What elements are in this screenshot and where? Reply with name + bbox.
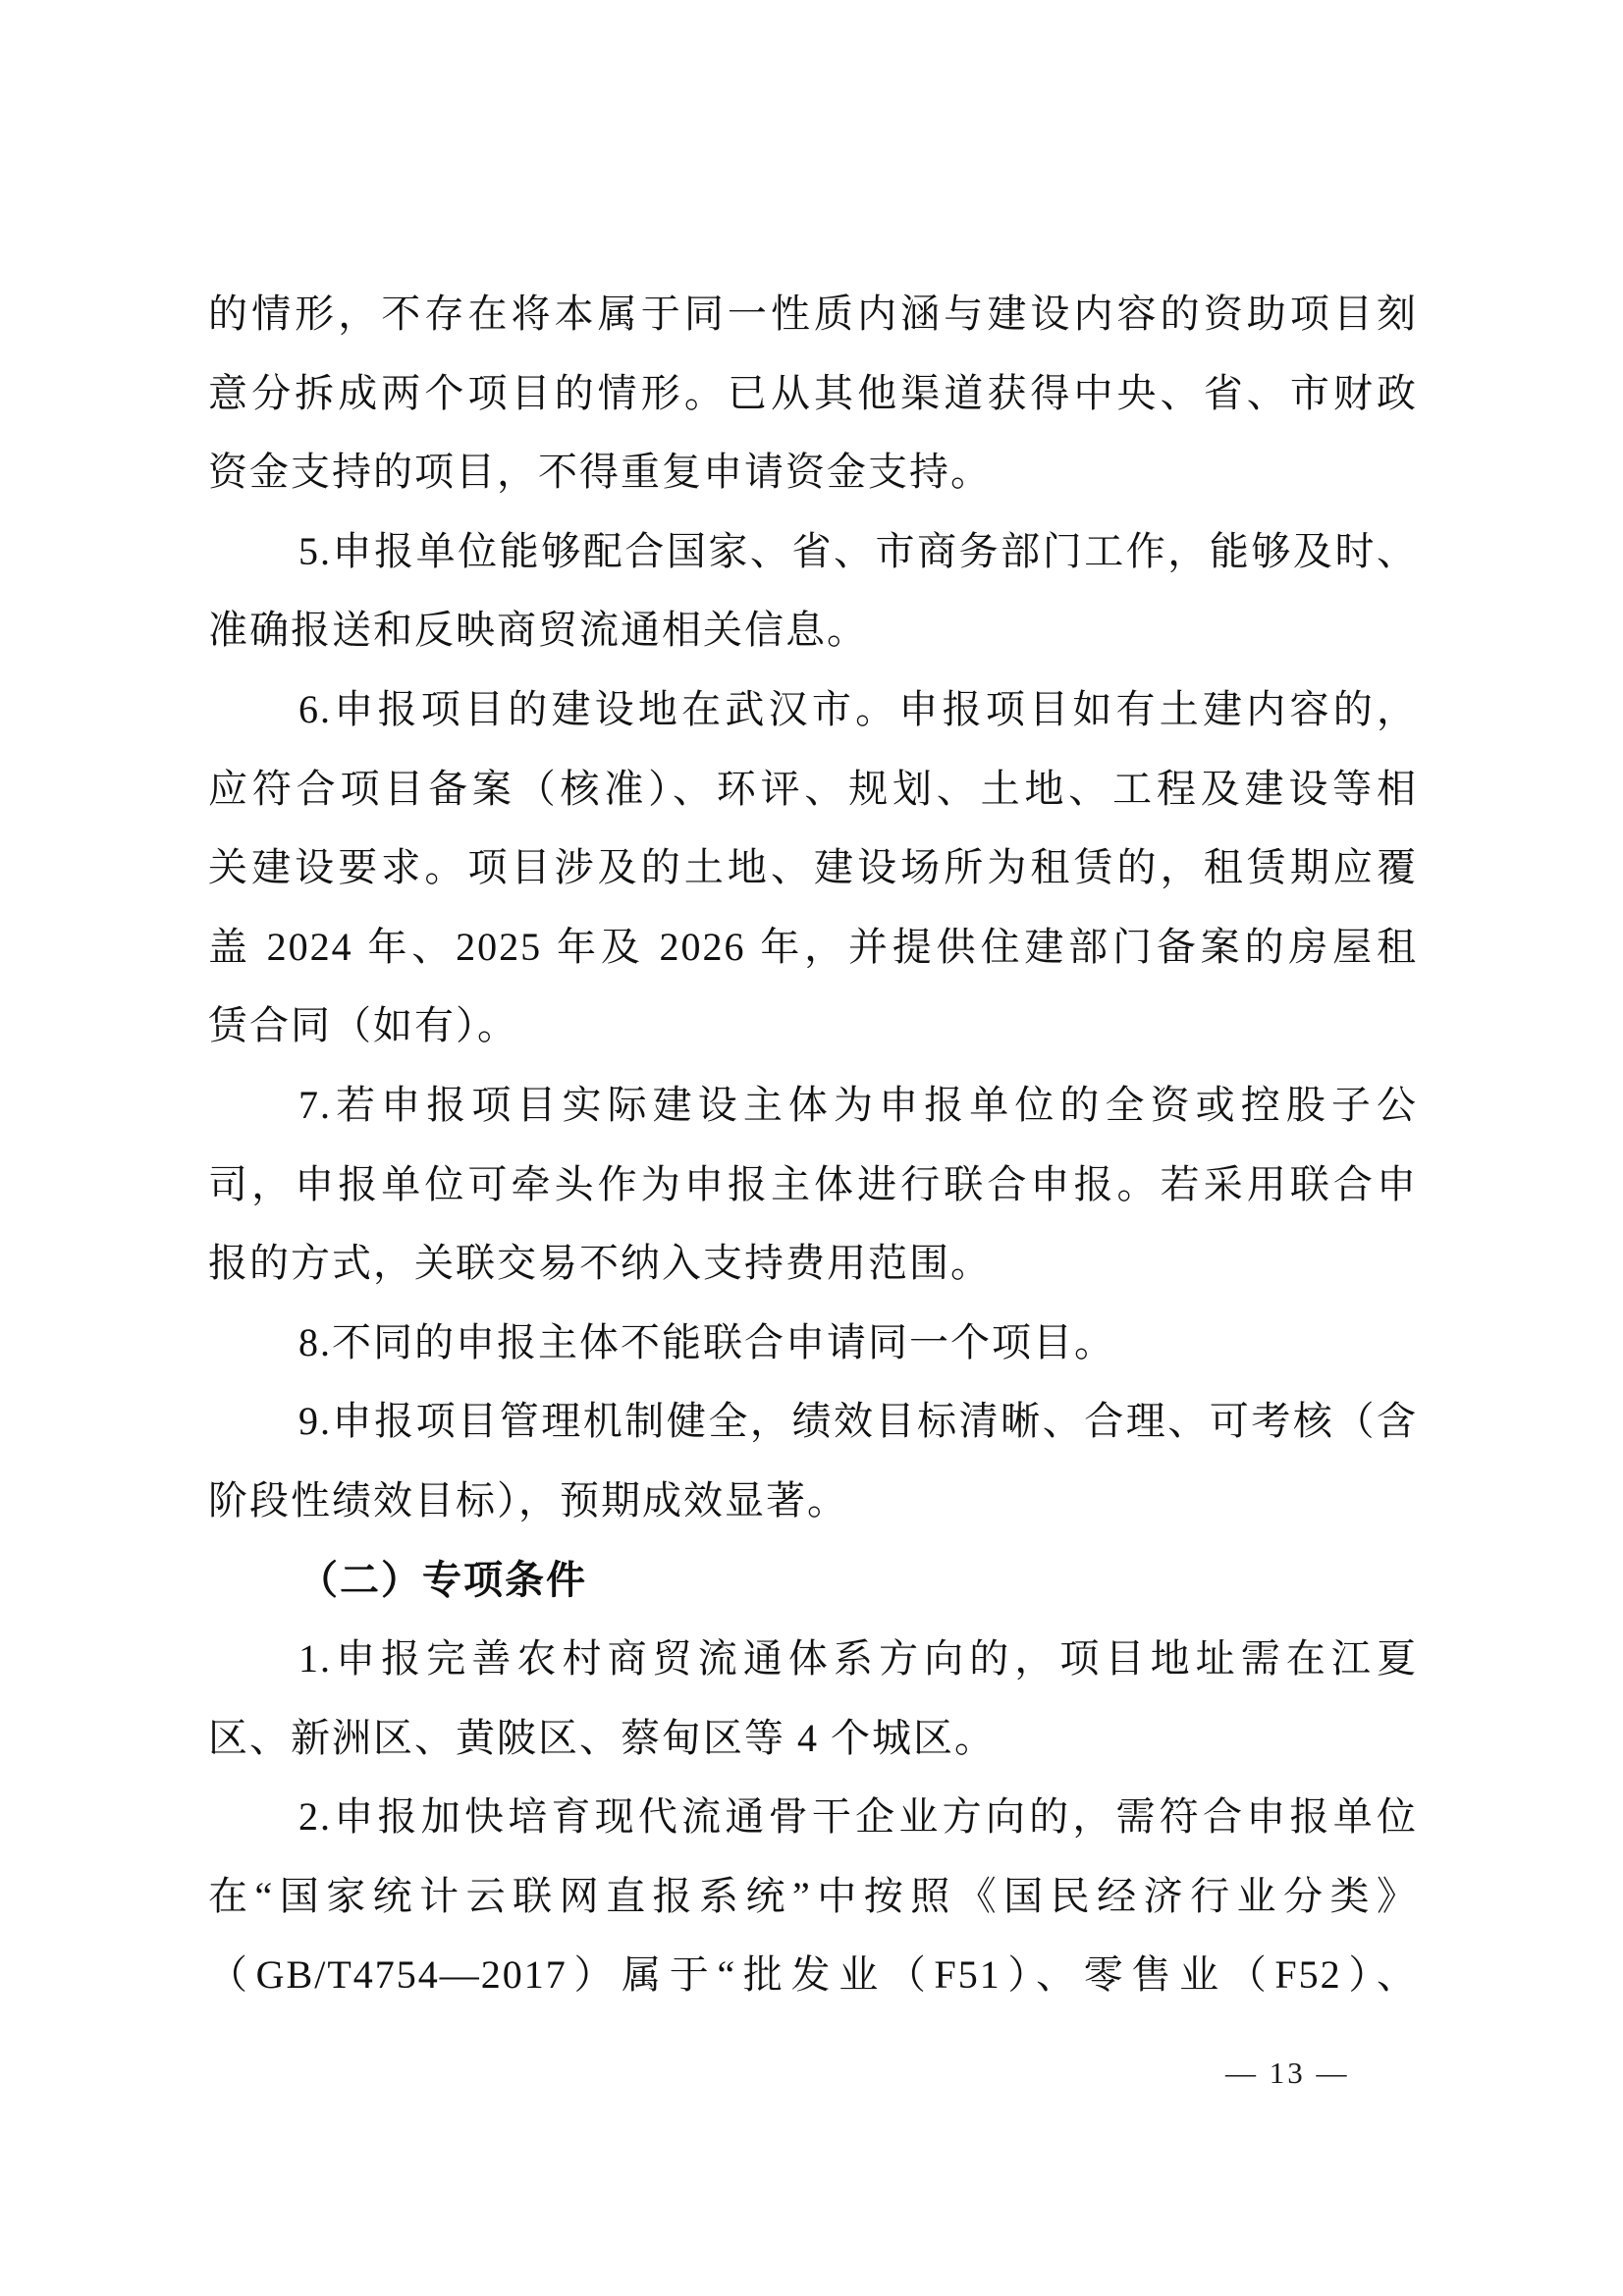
text-block: 的情形，不存在将本属于同一性质内涵与建设内容的资助项目刻 意分拆成两个项目的情形… — [208, 275, 1418, 2015]
text-line: 9.申报项目管理机制健全，绩效目标清晰、合理、可考核（含 — [208, 1382, 1418, 1462]
text-line: 意分拆成两个项目的情形。已从其他渠道获得中央、省、市财政 — [208, 354, 1418, 434]
text-line: 8.不同的申报主体不能联合申请同一个项目。 — [208, 1304, 1418, 1383]
text-line: 盖 2024 年、2025 年及 2026 年，并提供住建部门备案的房屋租 — [208, 908, 1418, 988]
text-line: 资金支持的项目，不得重复申请资金支持。 — [208, 433, 1418, 512]
text-line: 1.申报完善农村商贸流通体系方向的，项目地址需在江夏 — [208, 1620, 1418, 1699]
text-line: 7.若申报项目实际建设主体为申报单位的全资或控股子公 — [208, 1066, 1418, 1146]
text-line: 2.申报加快培育现代流通骨干企业方向的，需符合申报单位 — [208, 1778, 1418, 1857]
text-line: 5.申报单位能够配合国家、省、市商务部门工作，能够及时、 — [208, 512, 1418, 592]
text-line: （GB/T4754—2017）属于“批发业（F51）、零售业（F52）、 — [208, 1936, 1418, 2015]
text-line: 赁合同（如有）。 — [208, 987, 1418, 1066]
text-line: 6.申报项目的建设地在武汉市。申报项目如有土建内容的， — [208, 670, 1418, 750]
text-line: 准确报送和反映商贸流通相关信息。 — [208, 591, 1418, 670]
text-line: 区、新洲区、黄陂区、蔡甸区等 4 个城区。 — [208, 1699, 1418, 1779]
document-page: 的情形，不存在将本属于同一性质内涵与建设内容的资助项目刻 意分拆成两个项目的情形… — [0, 0, 1623, 2296]
text-line: 关建设要求。项目涉及的土地、建设场所为租赁的，租赁期应覆 — [208, 828, 1418, 908]
text-line: 在“国家统计云联网直报系统”中按照《国民经济行业分类》 — [208, 1857, 1418, 1937]
page-number: — 13 — — [1225, 2054, 1350, 2093]
text-line: 的情形，不存在将本属于同一性质内涵与建设内容的资助项目刻 — [208, 275, 1418, 354]
text-line: 司，申报单位可牵头作为申报主体进行联合申报。若采用联合申 — [208, 1146, 1418, 1225]
text-line: 报的方式，关联交易不纳入支持费用范围。 — [208, 1224, 1418, 1304]
text-line: 阶段性绩效目标），预期成效显著。 — [208, 1462, 1418, 1541]
text-line: 应符合项目备案（核准）、环评、规划、土地、工程及建设等相 — [208, 750, 1418, 829]
section-heading: （二）专项条件 — [208, 1541, 1418, 1621]
